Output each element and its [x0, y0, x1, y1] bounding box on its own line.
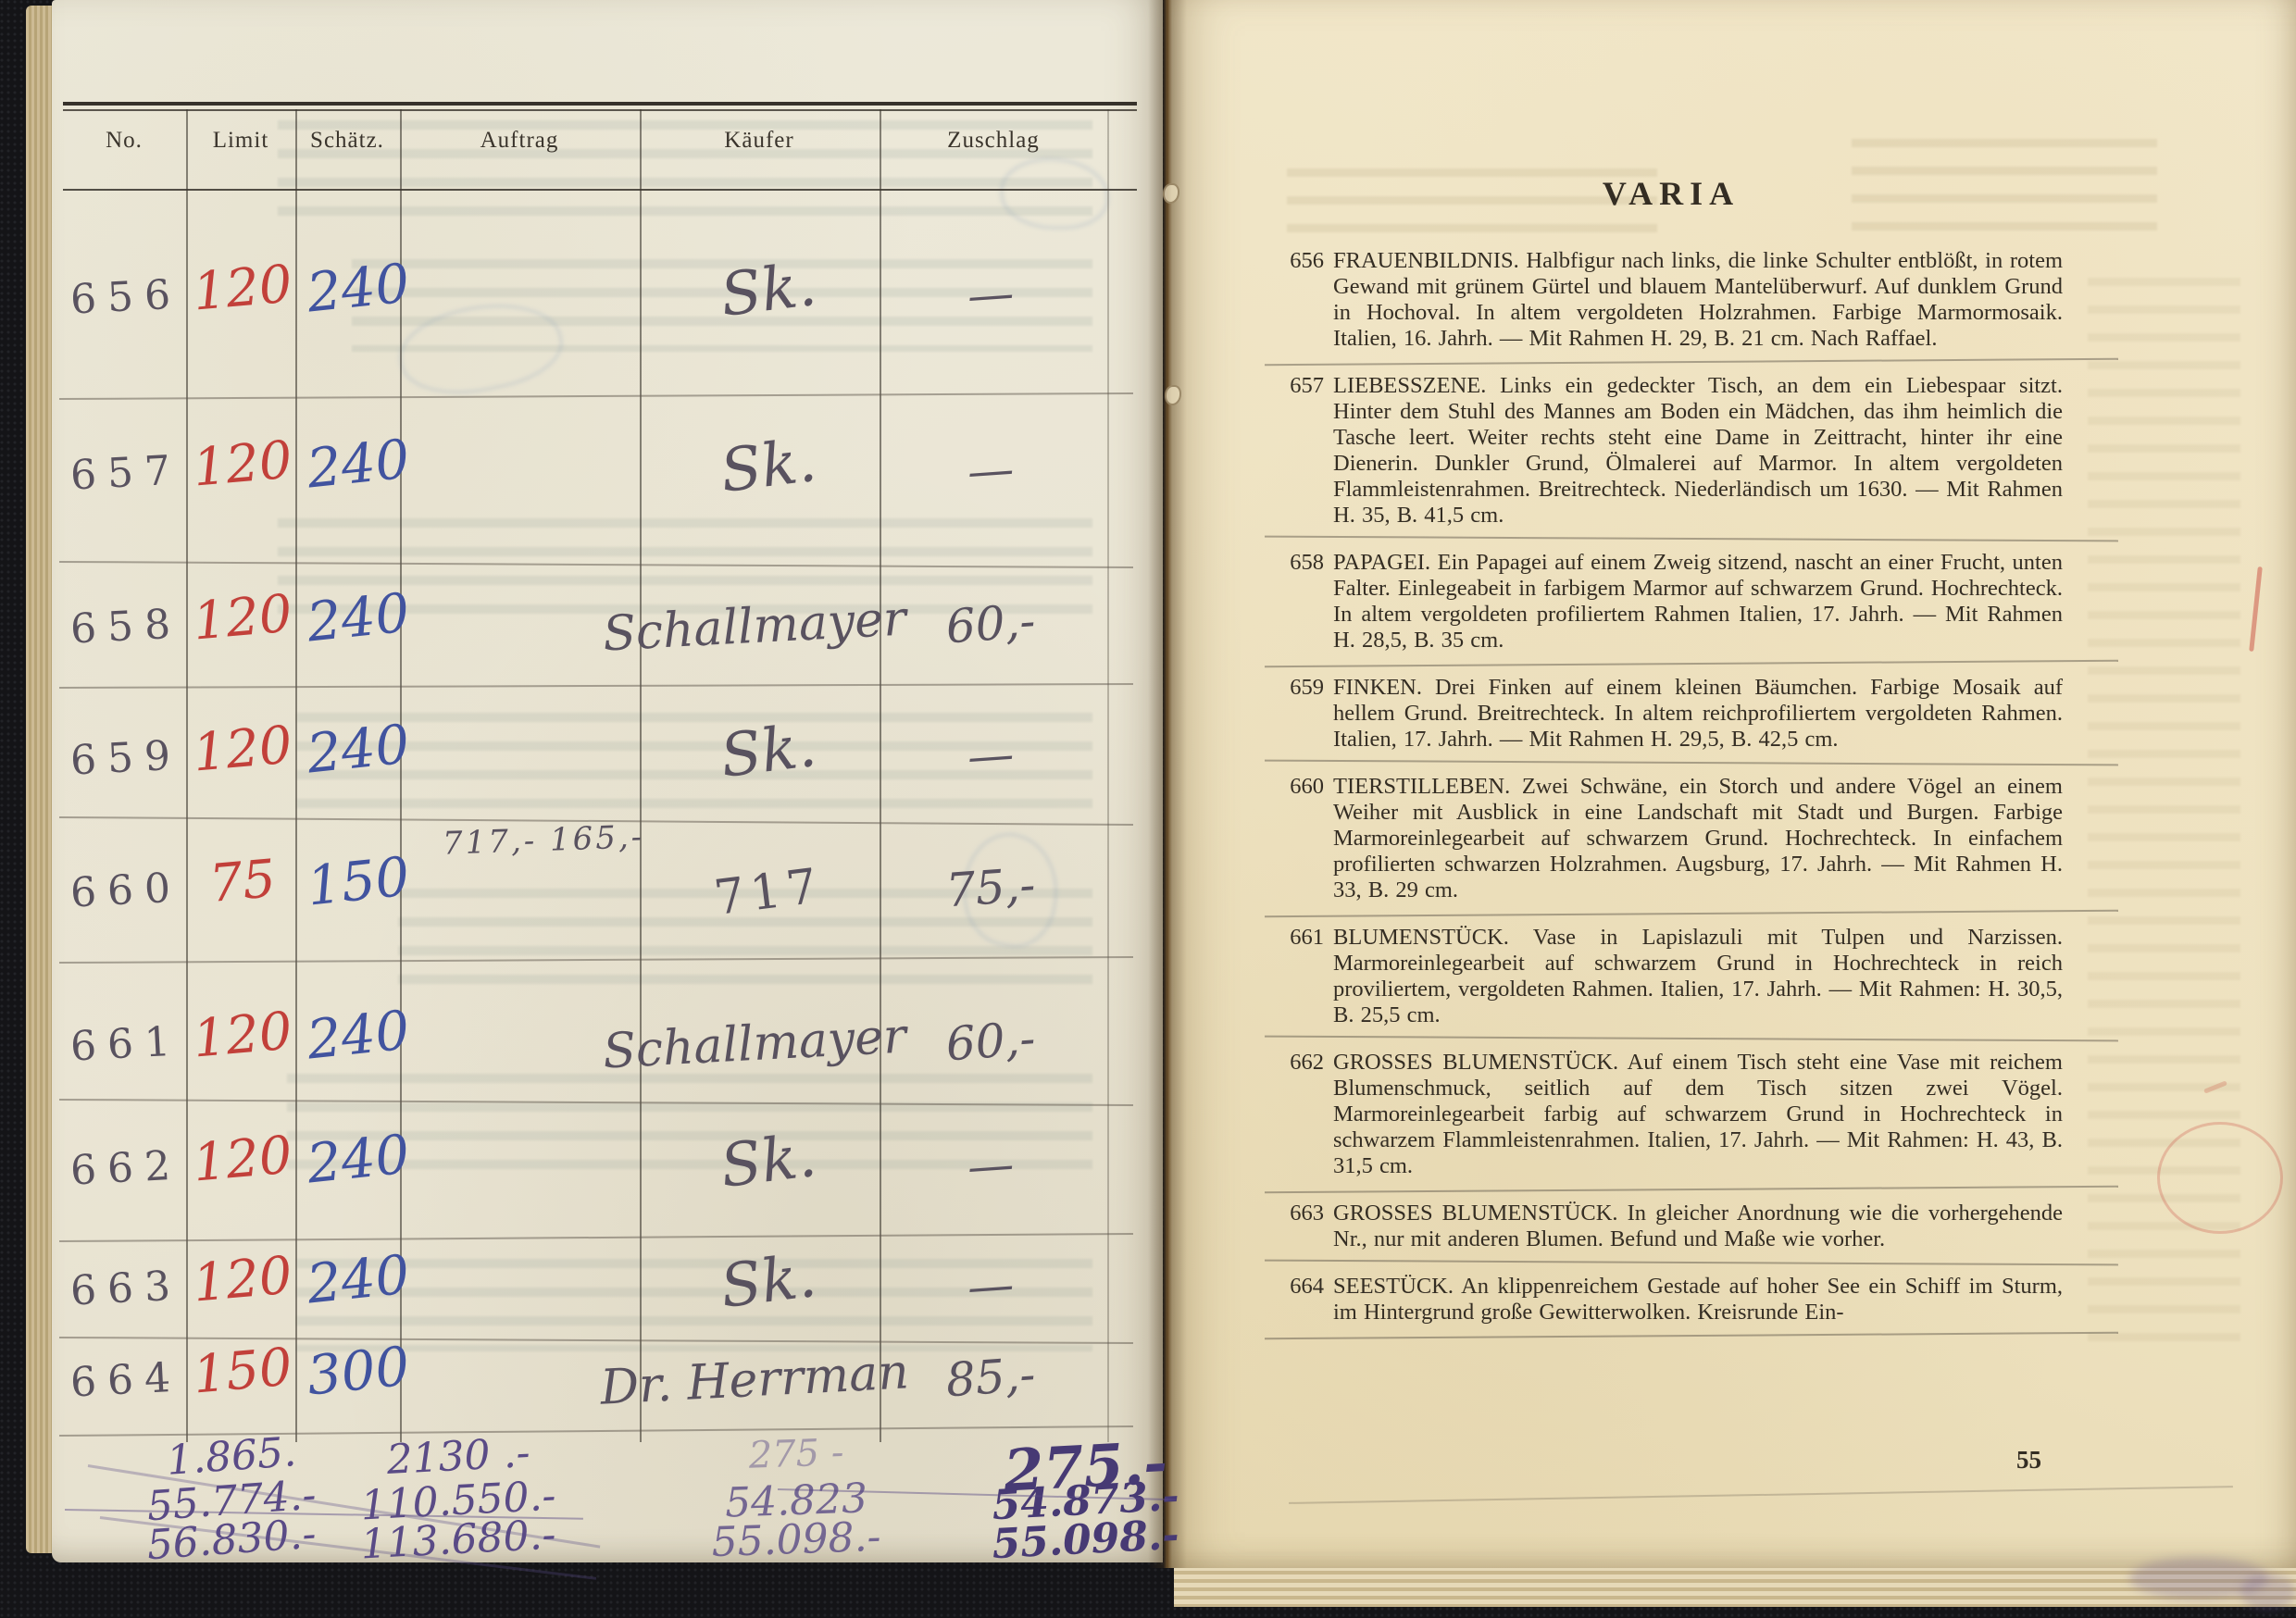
- ledger-row: 659 120 240 Sk. —: [0, 691, 1157, 835]
- entry-number: 661: [1279, 925, 1324, 951]
- entry-text: TIERSTILLEBEN. Zwei Schwäne, ein Storch …: [1333, 774, 2063, 902]
- entry-number: 659: [1279, 675, 1324, 701]
- buyer-entry: Sk.: [644, 703, 892, 800]
- buyer-entry: Sk.: [644, 242, 892, 339]
- totals-row: 56.830.- 113.680.- 55.098.- 55.098.-: [0, 1516, 1250, 1577]
- column-header-auftrag: Auftrag: [445, 128, 593, 154]
- ledger-row: 658 120 240 Schallmayer 60,-: [0, 560, 1157, 703]
- hammer-price: —: [882, 1131, 1098, 1200]
- catalog-entry: 661BLUMENSTÜCK. Vase in Lapislazuli mit …: [1279, 925, 2063, 1028]
- table-top-rule-2: [63, 109, 1137, 111]
- table-top-rule: [63, 102, 1137, 106]
- estimate-value: 300: [286, 1332, 430, 1409]
- entry-number: 658: [1279, 550, 1324, 576]
- entry-number: 660: [1279, 774, 1324, 800]
- page-edges-bottom: [1174, 1566, 2296, 1607]
- column-header-zuschlag: Zuschlag: [919, 128, 1067, 154]
- table-header-rule: [63, 189, 1137, 191]
- estimate-value: 240: [286, 710, 430, 787]
- ink-smudge: [2240, 1574, 2296, 1611]
- entry-number: 664: [1279, 1274, 1324, 1300]
- hammer-price: —: [882, 721, 1098, 790]
- column-header-kaeufer: Käufer: [685, 128, 833, 154]
- entry-text: GROSSES BLUMENSTÜCK. In gleicher Anordnu…: [1333, 1201, 2063, 1251]
- estimate-value: 240: [286, 1240, 430, 1317]
- entry-text: FINKEN. Drei Finken auf einem kleinen Bä…: [1333, 675, 2063, 752]
- ledger-row: 661 120 240 Schallmayer 60,-: [0, 977, 1157, 1121]
- column-header-schaetz: Schätz.: [273, 128, 421, 154]
- hammer-total: 55.098.-: [925, 1508, 1246, 1572]
- estimate-value: 240: [286, 996, 430, 1073]
- estimate-value: 150: [286, 842, 430, 919]
- catalog-text-block: VARIA 656FRAUENBILDNIS. Halbfigur nach l…: [1279, 174, 2063, 1347]
- ledger-row: 657 120 240 Sk. —: [0, 406, 1157, 550]
- estimate-value: 240: [286, 1120, 430, 1197]
- catalog-entry: 658PAPAGEI. Ein Papagei auf einem Zweig …: [1279, 550, 2063, 653]
- entry-text: FRAUENBILDNIS. Halbfigur nach links, die…: [1333, 248, 2063, 351]
- catalog-entry: 659FINKEN. Drei Finken auf einem kleinen…: [1279, 675, 2063, 753]
- hammer-price: —: [882, 1251, 1098, 1320]
- entry-number: 657: [1279, 373, 1324, 399]
- section-title: VARIA: [1279, 174, 2063, 213]
- catalog-entry: 657LIEBESSZENE. Links ein gedeckter Tisc…: [1279, 373, 2063, 529]
- catalog-entry: 664SEESTÜCK. An klippenreichem Gestade a…: [1279, 1274, 2063, 1326]
- auction-catalog-scan: No. Limit Schätz. Auftrag Käufer Zuschla…: [0, 0, 2296, 1618]
- entry-text: PAPAGEI. Ein Papagei auf einem Zweig sit…: [1333, 550, 2063, 653]
- entry-text: SEESTÜCK. An klippenreichem Gestade auf …: [1333, 1274, 2063, 1325]
- hammer-price: 75,-: [882, 853, 1098, 922]
- entry-text: LIEBESSZENE. Links ein gedeckter Tisch, …: [1333, 373, 2063, 528]
- estimate-value: 240: [286, 425, 430, 502]
- catalog-entry: 662GROSSES BLUMENSTÜCK. Auf einem Tisch …: [1279, 1050, 2063, 1179]
- entry-number: 663: [1279, 1201, 1324, 1226]
- hammer-price: —: [882, 260, 1098, 329]
- catalog-entries: 656FRAUENBILDNIS. Halbfigur nach links, …: [1279, 248, 2063, 1326]
- catalog-entry: 656FRAUENBILDNIS. Halbfigur nach links, …: [1279, 248, 2063, 352]
- ledger-row: 656 120 240 Sk. —: [0, 230, 1157, 374]
- entry-number: 656: [1279, 248, 1324, 274]
- catalog-entry: 663GROSSES BLUMENSTÜCK. In gleicher Anor…: [1279, 1201, 2063, 1252]
- hammer-price: —: [882, 436, 1098, 504]
- entry-number: 662: [1279, 1050, 1324, 1076]
- buyer-entry: 717: [645, 850, 891, 934]
- page-number: 55: [2016, 1446, 2041, 1475]
- red-circle-mark: [2157, 1122, 2283, 1234]
- buyer-total: 55.098.-: [652, 1512, 941, 1569]
- estimate-value: 240: [286, 249, 430, 326]
- entry-text: GROSSES BLUMENSTÜCK. Auf einem Tisch ste…: [1333, 1050, 2063, 1178]
- buyer-entry: Sk.: [644, 417, 892, 515]
- ledger-row: 660 75 150 717 75,- 717,- 165,-: [0, 824, 1157, 967]
- catalog-entry: 660TIERSTILLEBEN. Zwei Schwäne, ein Stor…: [1279, 774, 2063, 903]
- estimate-value: 240: [286, 579, 430, 655]
- buyer-entry: Sk.: [644, 1113, 892, 1210]
- entry-text: BLUMENSTÜCK. Vase in Lapislazuli mit Tul…: [1333, 925, 2063, 1027]
- buyer-total: 275 -: [652, 1428, 940, 1481]
